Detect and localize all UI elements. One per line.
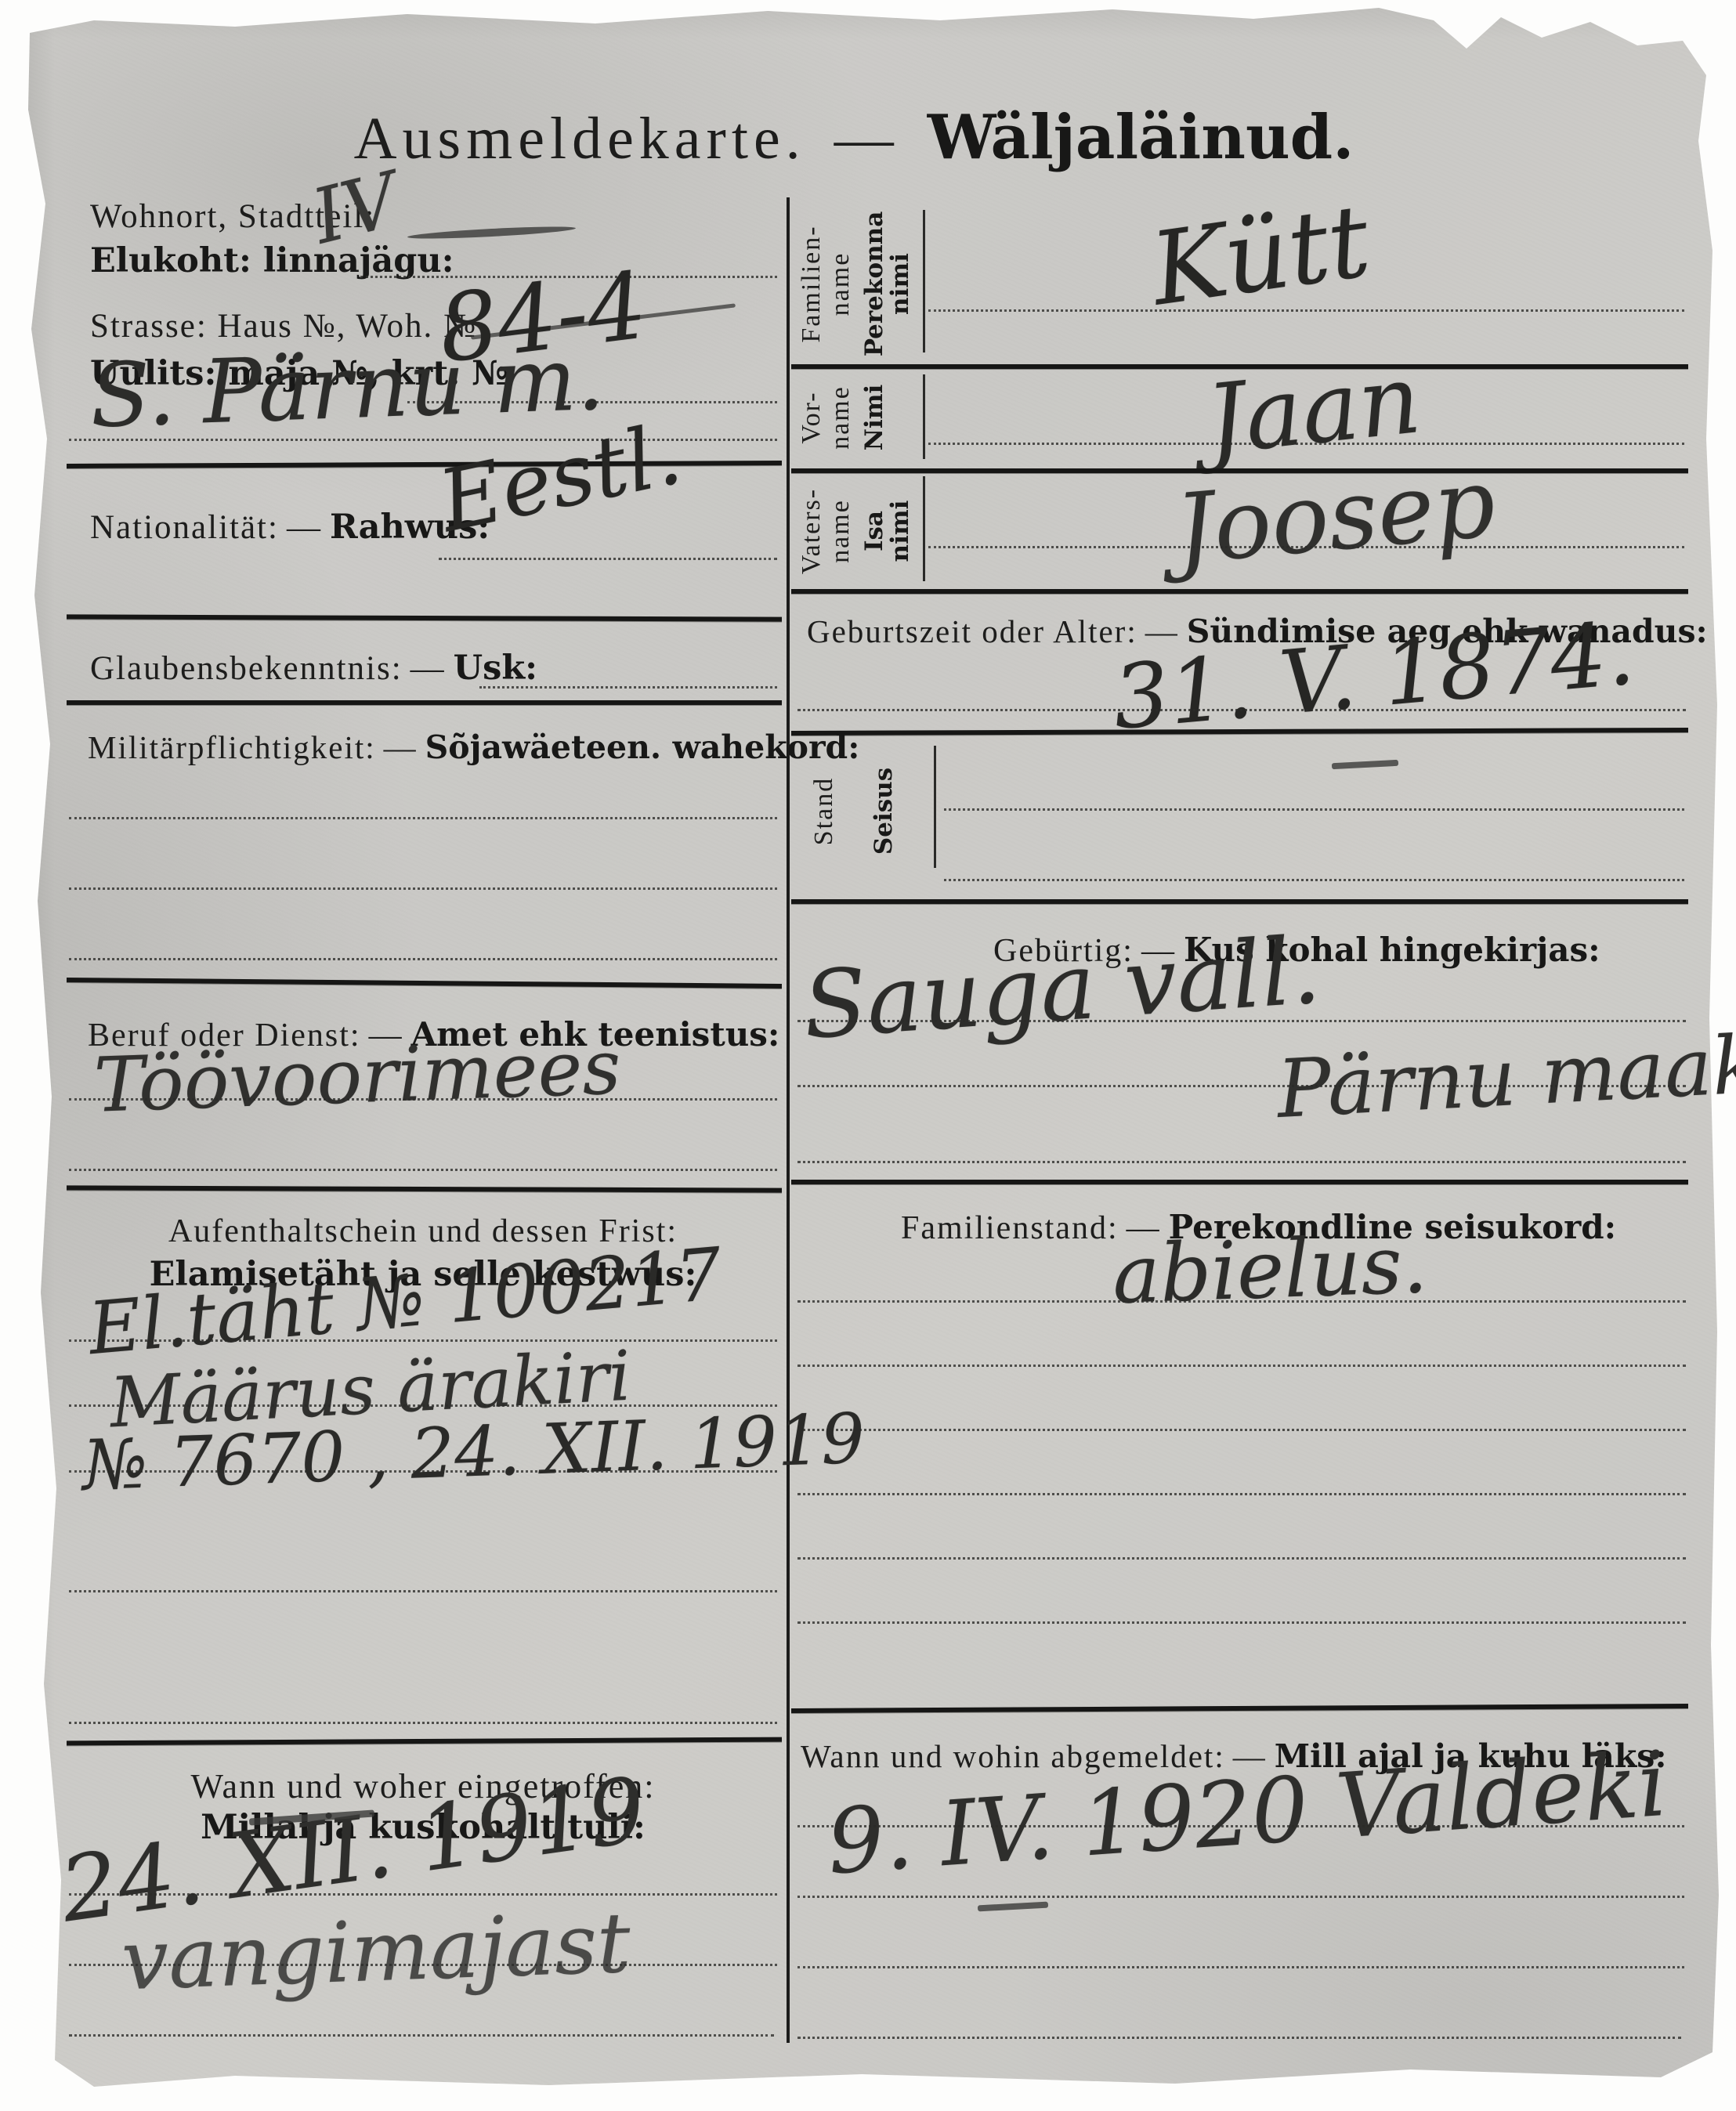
label-separator-rule [923,476,925,581]
dotted-line [797,1020,1686,1022]
dotted-line [797,1365,1686,1367]
marital-label-german: Familienstand: [901,1210,1119,1246]
religion-label: Glaubensbekenntnis:—Usk: [90,649,537,688]
street-handwritten-value: S. Pärnu m. [89,328,606,448]
dotted-line [928,443,1684,445]
dotted-line [69,1590,777,1592]
dotted-line [797,1085,1686,1087]
dotted-line [944,879,1684,881]
residence-label-estonian-1: Elukoht: linnajägu: [90,241,454,280]
father-name-label-estonian: Isa nimi [862,476,914,586]
estate-label-german: Stand [810,739,839,884]
dotted-line [479,686,777,689]
dotted-line [797,1429,1686,1431]
dotted-line [69,817,777,819]
dotted-line [797,1966,1684,1968]
dotted-line [797,2037,1681,2039]
estate-label-estonian: Seisus [871,739,897,884]
scanned-registration-card: Ausmeldekarte. — Wäljaläinud. Wohnort, S… [0,0,1736,2111]
occupation-handwritten-value: Töövoorimees [92,1023,622,1129]
dotted-line [69,1470,777,1473]
dotted-line [944,808,1684,811]
dotted-line [797,1621,1686,1624]
dotted-line [928,546,1684,548]
first-name-label-estonian: Nimi [862,371,888,464]
dotted-line [797,709,1686,711]
arrival-place-handwritten-value: vangimajast [120,1895,632,2009]
birth-label-german: Geburtszeit oder Alter: [807,613,1137,649]
section-rule [791,1180,1688,1184]
father-name-label-german: Vaters-name [797,476,855,586]
dotted-line [69,887,777,890]
dotted-line [928,309,1684,312]
dotted-line [797,1161,1686,1163]
dotted-line [69,1964,777,1966]
dotted-line [797,1896,1684,1898]
nationality-label: Nationalität:—Rahwus: [90,508,490,547]
label-separator-rule [923,210,925,352]
page-title: Ausmeldekarte. — Wäljaläinud. [219,102,1488,173]
label-dash: — [279,509,330,546]
title-estonian: Wäljaläinud. [928,102,1354,173]
dotted-line [69,1169,777,1171]
dotted-line [797,1493,1686,1495]
dotted-line [69,1098,777,1101]
dotted-line [69,958,777,960]
label-dash: — [403,650,454,687]
label-dash: — [376,729,425,765]
nationality-label-german: Nationalität: [90,509,279,546]
section-rule [67,700,782,705]
label-separator-rule [923,374,925,459]
religion-label-estonian: Usk: [454,649,537,688]
religion-label-german: Glaubensbekenntnis: [90,650,403,687]
dotted-line [797,1825,1684,1827]
title-german: Ausmeldekarte. [354,106,806,172]
marital-handwritten-value: abielus. [1111,1218,1429,1322]
dotted-line [797,1300,1686,1303]
section-rule [791,589,1688,594]
title-dash: — [826,106,907,172]
label-separator-rule [934,746,936,868]
section-rule [791,899,1688,904]
dotted-line [69,2034,774,2037]
dotted-line [439,558,777,560]
military-label-german: Militärpflichtigkeit: [88,729,376,765]
military-label: Militärpflichtigkeit:—Sõjawäeteen. wahek… [88,728,859,766]
first-name-label-german: Vor-name [797,371,855,464]
column-divider-line [787,197,790,2043]
dotted-line [69,1339,777,1342]
dotted-line [797,1557,1686,1560]
dotted-line [69,1893,777,1896]
family-name-label-estonian: Perekonna nimi [862,208,914,360]
dotted-line [69,1722,777,1724]
family-name-label-german: Familien-name [797,208,855,360]
